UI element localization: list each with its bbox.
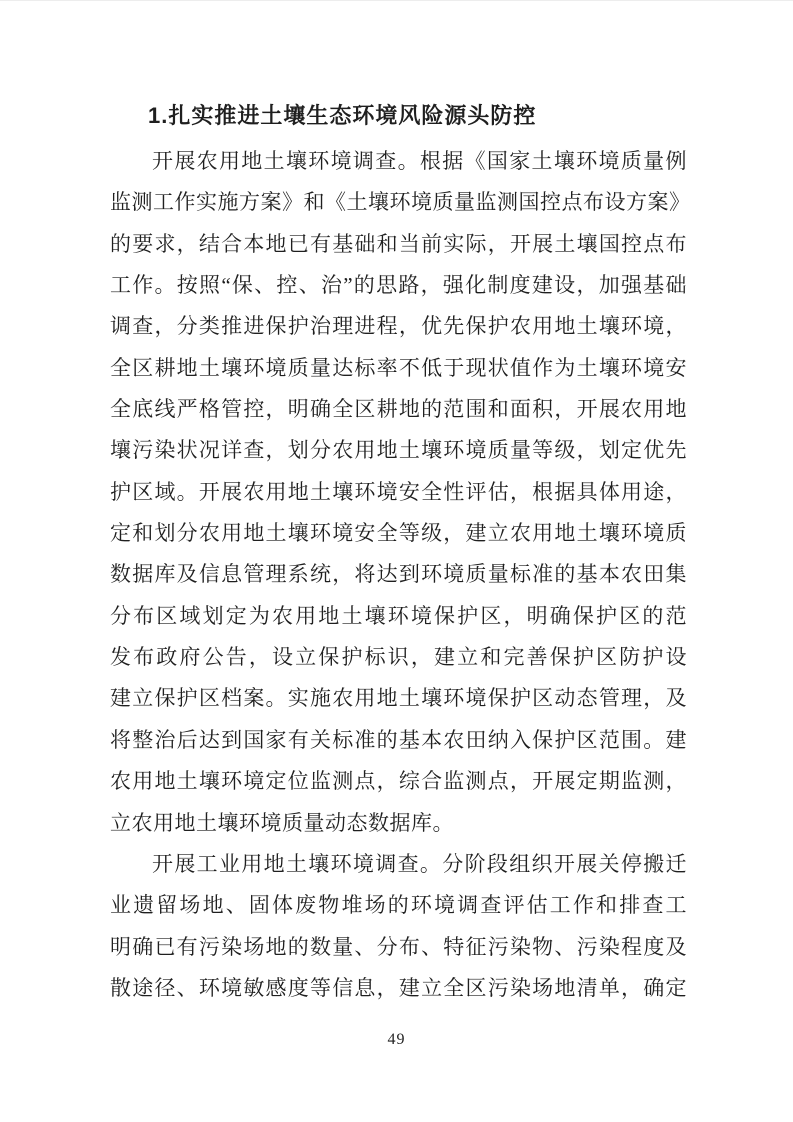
- section-heading: 1.扎实推进土壤生态环境风险源头防控: [110, 95, 687, 137]
- text-line: 护区域。开展农用地土壤环境安全性评估，根据具体用途，评: [110, 472, 687, 513]
- text-line: 明确已有污染场地的数量、分布、特征污染物、污染程度及扩: [110, 927, 687, 968]
- text-line: 将整治后达到国家有关标准的基本农田纳入保护区范围。建立: [110, 720, 687, 761]
- text-line: 工作。按照“保、控、治”的思路，强化制度建设，加强基础: [110, 265, 687, 306]
- text-line: 全区耕地土壤环境质量达标率不低于现状值作为土壤环境安: [110, 348, 687, 389]
- text-line: 业遗留场地、固体废物堆场的环境调查评估工作和排查工作，: [110, 885, 687, 926]
- text-line: 全底线严格管控，明确全区耕地的范围和面积，开展农用地土: [110, 389, 687, 430]
- text-line: 开展工业用地土壤环境调查。分阶段组织开展关停搬迁企: [110, 844, 687, 885]
- text-line: 数据库及信息管理系统，将达到环境质量标准的基本农田集中: [110, 554, 687, 595]
- document-page: 1.扎实推进土壤生态环境风险源头防控 开展农用地土壤环境调查。根据《国家土壤环境…: [0, 0, 793, 1122]
- text-line: 散途径、环境敏感度等信息，建立全区污染场地清单，确定优: [110, 968, 687, 1009]
- paragraph-industrial-land-survey: 开展工业用地土壤环境调查。分阶段组织开展关停搬迁企业遗留场地、固体废物堆场的环境…: [110, 844, 687, 1009]
- text-line: 发布政府公告，设立保护标识，建立和完善保护区防护设施，: [110, 637, 687, 678]
- text-line: 监测工作实施方案》和《土壤环境质量监测国控点布设方案》: [110, 182, 687, 223]
- text-line: 农用地土壤环境定位监测点，综合监测点，开展定期监测，建: [110, 761, 687, 802]
- text-line: 立农用地土壤环境质量动态数据库。: [110, 803, 687, 844]
- text-line: 调查，分类推进保护治理进程，优先保护农用地土壤环境，将: [110, 306, 687, 347]
- text-line: 开展农用地土壤环境调查。根据《国家土壤环境质量例行: [110, 141, 687, 182]
- text-line: 分布区域划定为农用地土壤环境保护区，明确保护区的范围，: [110, 596, 687, 637]
- page-number: 49: [0, 1031, 793, 1049]
- document-content: 1.扎实推进土壤生态环境风险源头防控 开展农用地土壤环境调查。根据《国家土壤环境…: [110, 95, 687, 1009]
- text-line: 的要求，结合本地已有基础和当前实际，开展土壤国控点布设: [110, 224, 687, 265]
- text-line: 定和划分农用地土壤环境安全等级，建立农用地土壤环境质量: [110, 513, 687, 554]
- paragraph-agricultural-land-survey: 开展农用地土壤环境调查。根据《国家土壤环境质量例行监测工作实施方案》和《土壤环境…: [110, 141, 687, 844]
- text-line: 建立保护区档案。实施农用地土壤环境保护区动态管理，及时: [110, 678, 687, 719]
- text-line: 壤污染状况详查，划分农用地土壤环境质量等级，划定优先保: [110, 430, 687, 471]
